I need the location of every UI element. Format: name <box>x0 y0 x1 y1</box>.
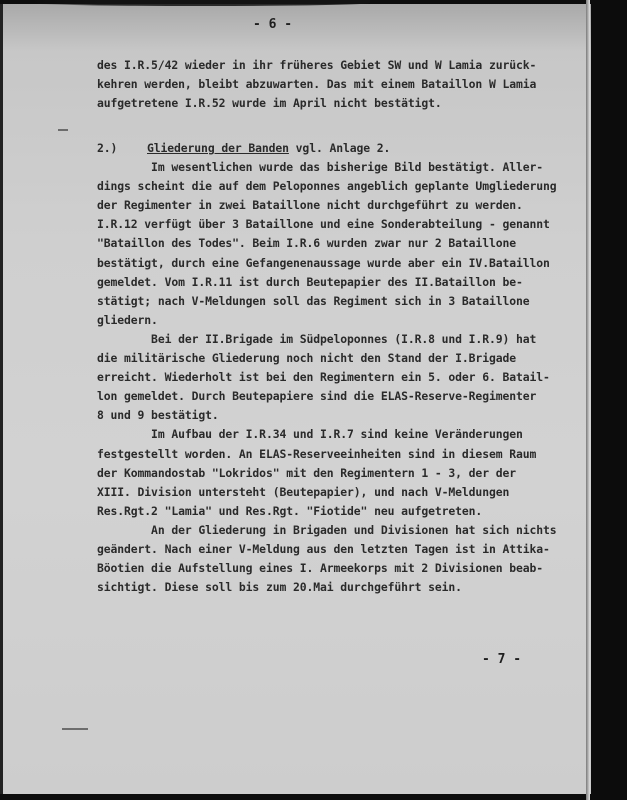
paragraph-2-line: lon gemeldet. Durch Beutepapiere sind di… <box>97 389 536 403</box>
ink-smudge <box>62 728 88 730</box>
paragraph-3-line: festgestellt worden. An ELAS-Reserveeinh… <box>97 447 536 461</box>
paragraph-4-line: sichtigt. Diese soll bis zum 20.Mai durc… <box>97 580 462 594</box>
scan-shadow <box>30 0 370 6</box>
section-heading-reference: vgl. Anlage 2. <box>289 141 390 155</box>
page-edge <box>586 0 590 800</box>
paragraph-4-line: geändert. Nach einer V-Meldung aus den l… <box>97 542 550 556</box>
paragraph-2-line: die militärische Gliederung noch nicht d… <box>97 351 516 365</box>
paragraph-3-line: der Kommandostab "Lokridos" mit den Regi… <box>97 466 516 480</box>
paragraph-1-line: bestätigt, durch eine Gefangenenaussage … <box>97 256 550 270</box>
paragraph-1-line: Im wesentlichen wurde das bisherige Bild… <box>97 160 543 174</box>
page-footer-number: - 7 - <box>482 652 521 667</box>
paragraph-1-line: gliedern. <box>97 313 158 327</box>
paragraph-2-line: erreicht. Wiederholt ist bei den Regimen… <box>97 370 550 384</box>
ink-mark <box>58 129 68 131</box>
text-line: aufgetretene I.R.52 wurde im April nicht… <box>97 96 442 110</box>
section-number: 2.) <box>97 141 117 155</box>
paragraph-3-line: Im Aufbau der I.R.34 und I.R.7 sind kein… <box>97 427 523 441</box>
paragraph-1-line: stätigt; nach V-Meldungen soll das Regim… <box>97 294 530 308</box>
paragraph-1-line: I.R.12 verfügt über 3 Bataillone und ein… <box>97 217 550 231</box>
paragraph-1-line: "Bataillon des Todes". Beim I.R.6 wurden… <box>97 236 516 250</box>
paragraph-1-line: dings scheint die auf dem Peloponnes ang… <box>97 179 557 193</box>
section-heading: Gliederung der Banden vgl. Anlage 2. <box>147 141 390 155</box>
section-heading-underlined: Gliederung der Banden <box>147 141 289 155</box>
paragraph-1-line: gemeldet. Vom I.R.11 ist durch Beutepapi… <box>97 275 523 289</box>
text-line: kehren werden, bleibt abzuwarten. Das mi… <box>97 77 536 91</box>
paragraph-4-line: An der Gliederung in Brigaden und Divisi… <box>97 523 557 537</box>
paragraph-2-line: Bei der II.Brigade im Südpeloponnes (I.R… <box>97 332 536 346</box>
text-line: des I.R.5/42 wieder in ihr früheres Gebi… <box>97 58 536 72</box>
paragraph-3-line: Res.Rgt.2 "Lamia" und Res.Rgt. "Fiotide"… <box>97 504 482 518</box>
page-header-number: - 6 - <box>253 17 292 32</box>
paragraph-4-line: Böotien die Aufstellung eines I. Armeeko… <box>97 561 543 575</box>
paragraph-3-line: XIII. Division untersteht (Beutepapier),… <box>97 485 509 499</box>
paragraph-2-line: 8 und 9 bestätigt. <box>97 408 219 422</box>
paragraph-1-line: der Regimenter in zwei Bataillone nicht … <box>97 198 523 212</box>
